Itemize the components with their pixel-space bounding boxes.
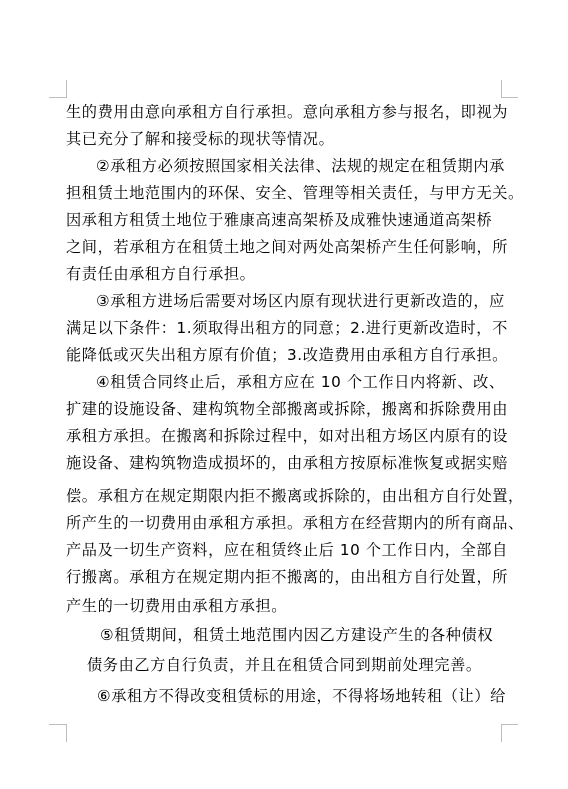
text-line: 产生的一切费用由承租方承担。 <box>66 597 287 615</box>
margin-mark-top-right-v <box>501 80 502 98</box>
paragraph-3-first-line: ③承租方进场后需要对场区内原有现状进行更新改造的，应 <box>96 292 505 310</box>
margin-mark-top-right-h <box>501 97 518 98</box>
text-line: 之间，若承租方在租赁土地之间对两处高架桥产生任何影响，所 <box>66 238 508 256</box>
margin-mark-top-left-h <box>49 97 66 98</box>
text-line: 债务由乙方自行负责，并且在租赁合同到期前处理完善。 <box>87 656 482 674</box>
text-line: 能降低或灭失出租方原有价值；3.改造费用由承租方自行承担。 <box>66 346 508 364</box>
text-line: 其已充分了解和接受标的现状等情况。 <box>66 130 334 148</box>
text-line: 所产生的一切费用由承租方承担。承租方在经营期内的所有商品、 <box>66 514 524 532</box>
text-line: 偿。承租方在规定期限内拒不搬离或拆除的，由出租方自行处置， <box>66 487 524 505</box>
text-line: 担租赁土地范围内的环保、安全、管理等相关责任，与甲方无关。 <box>66 184 524 202</box>
text-line: 产品及一切生产资料，应在租赁终止后 10 个工作日内，全部自 <box>66 541 508 559</box>
margin-mark-bottom-left-h <box>49 724 66 725</box>
paragraph-5-first-line: ⑤租赁期间，租赁土地范围内因乙方建设产生的各种债权 <box>100 626 493 644</box>
text-line: 行搬离。承租方在规定期内拒不搬离的，由出租方自行处置，所 <box>66 568 508 586</box>
paragraph-2-first-line: ②承租方必须按照国家相关法律、法规的规定在租赁期内承 <box>96 157 505 175</box>
margin-mark-bottom-left-v <box>66 724 67 742</box>
margin-mark-bottom-right-v <box>501 724 502 742</box>
margin-mark-top-left-v <box>66 80 67 98</box>
margin-mark-bottom-right-h <box>501 724 518 725</box>
paragraph-4-first-line: ④租赁合同终止后，承租方应在 10 个工作日内将新、改、 <box>96 373 505 391</box>
text-line: 承租方承担。在搬离和拆除过程中，如对出租方场区内原有的设 <box>66 427 508 445</box>
text-line: 扩建的设施设备、建构筑物全部搬离或拆除，搬离和拆除费用由 <box>66 400 508 418</box>
text-line: 因承租方租赁土地位于雅康高速高架桥及成雅快速通道高架桥 <box>66 211 492 229</box>
document-page: 生的费用由意向承租方自行承担。意向承租方参与报名，即视为 其已充分了解和接受标的… <box>0 0 568 789</box>
paragraph-6-first-line: ⑥承租方不得改变租赁标的用途，不得将场地转租（让）给 <box>97 687 506 705</box>
text-line: 生的费用由意向承租方自行承担。意向承租方参与报名，即视为 <box>66 103 508 121</box>
text-line: 施设备、建构筑物造成损坏的，由承租方按原标准恢复或据实赔 <box>66 454 508 472</box>
text-line: 满足以下条件：1.须取得出租方的同意；2.进行更新改造时，不 <box>66 319 508 337</box>
text-line: 有责任由承租方自行承担。 <box>66 265 255 283</box>
